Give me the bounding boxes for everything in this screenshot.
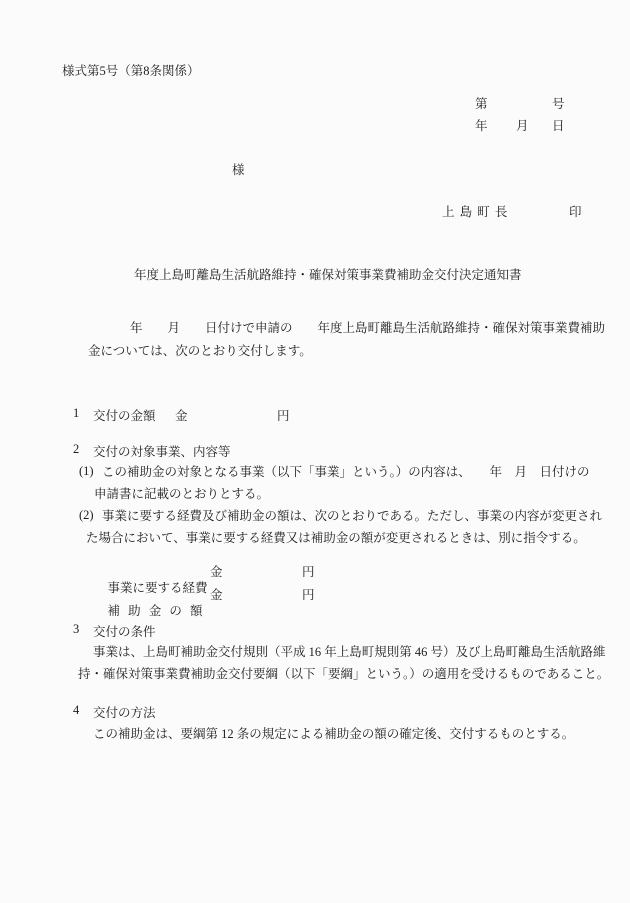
date-day-label: 日 — [552, 116, 565, 134]
item-2-label: 交付の対象事業、内容等 — [93, 442, 231, 460]
item-4-number: 4 — [73, 703, 79, 718]
item-1-label: 交付の金額 — [93, 406, 156, 424]
addressee-honorific: 様 — [232, 162, 245, 178]
doc-number-suffix: 号 — [552, 94, 565, 112]
item-3-label: 交付の条件 — [93, 622, 156, 640]
item-4-line-1: この補助金は、要綱第 12 条の規定による補助金の額の確定後、交付するものとする… — [93, 726, 574, 742]
item-2-number: 2 — [73, 442, 79, 457]
item-2-sub-1-line-1: この補助金の対象となる事業（以下「事業」という。）の内容は、 年 月 日付けの — [102, 464, 590, 480]
date-month-label: 月 — [516, 116, 529, 134]
item-3-line-2: 持・確保対策事業費補助金交付要綱（以下「要綱」という。）の適用を受けるものである… — [78, 666, 609, 682]
expense-row-2-currency-prefix: 金 — [210, 587, 223, 603]
item-1-number: 1 — [73, 406, 79, 421]
form-number: 様式第5号（第8条関係） — [62, 63, 200, 79]
expense-row-1-currency-prefix: 金 — [210, 564, 223, 580]
item-2-sub-2-line-1: 事業に要する経費及び補助金の額は、次のとおりである。ただし、事業の内容が変更され — [102, 508, 602, 524]
document-page: 様式第5号（第8条関係） 第 号 年 月 日 様 上 島 町 長 印 年度上島町… — [0, 0, 630, 903]
item-2-sub-1-marker: (1) — [79, 464, 94, 479]
expense-row-1-currency-suffix: 円 — [302, 564, 315, 580]
item-3-number: 3 — [73, 622, 79, 637]
expense-row-2-currency-suffix: 円 — [302, 587, 315, 603]
opening-line-2: 金については、次のとおり交付します。 — [88, 343, 312, 359]
issuer-seal-label: 印 — [569, 202, 582, 220]
item-1-currency-prefix: 金 — [175, 406, 188, 424]
opening-line-1: 年 月 日付けで申請の 年度上島町離島生活航路維持・確保対策事業費補助 — [130, 320, 605, 336]
document-title: 年度上島町離島生活航路維持・確保対策事業費補助金交付決定通知書 — [134, 267, 522, 283]
item-2-sub-1-line-2: 申請書に記載のとおりとする。 — [94, 486, 269, 502]
item-2-sub-2-line-2: た場合において、事業に要する経費又は補助金の額が変更されるときは、別に指令する。 — [86, 530, 586, 546]
expense-row-2-label: 補 助 金 の 額 — [108, 603, 208, 619]
item-2-sub-2-marker: (2) — [79, 508, 94, 523]
item-1-currency-suffix: 円 — [277, 406, 290, 424]
item-4-label: 交付の方法 — [93, 703, 156, 721]
date-year-label: 年 — [475, 116, 488, 134]
issuer-name: 上 島 町 長 — [442, 202, 507, 220]
doc-number-prefix: 第 — [475, 94, 488, 112]
item-3-line-1: 事業は、上島町補助金交付規則（平成 16 年上島町規則第 46 号）及び上島町離… — [93, 644, 606, 660]
